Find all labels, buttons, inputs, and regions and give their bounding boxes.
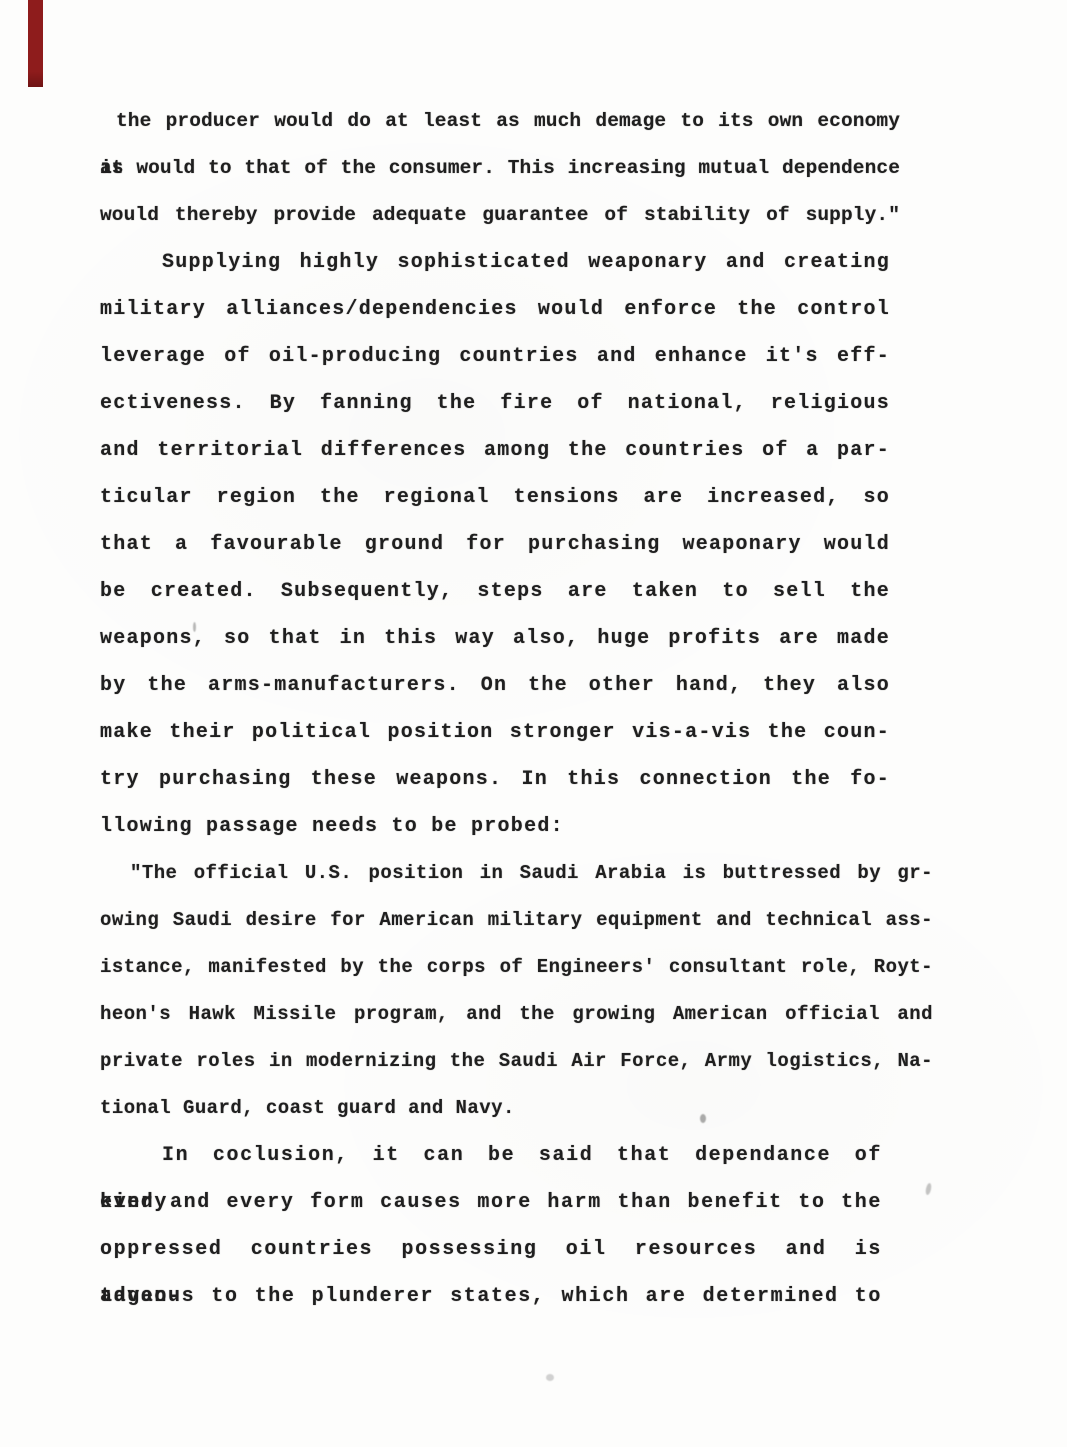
- text-line: and territorial differences among the co…: [100, 427, 890, 474]
- paragraph-conclusion: In coclusion, it can be said that depend…: [100, 1132, 960, 1320]
- scanned-document-page: the producer would do at least as much d…: [0, 0, 1067, 1447]
- text-line: would thereby provide adequate guarantee…: [100, 192, 900, 239]
- scan-speck: [700, 1114, 706, 1123]
- paragraph-continuation: the producer would do at least as much d…: [100, 98, 960, 239]
- text-line: Supplying highly sophisticated weaponary…: [100, 239, 890, 286]
- text-line: tageous to the plunderer states, which a…: [100, 1273, 882, 1320]
- paragraph-quote: "The official U.S. position in Saudi Ara…: [100, 850, 960, 1132]
- text-line: ectiveness. By fanning the fire of natio…: [100, 380, 890, 427]
- text-line: owing Saudi desire for American military…: [100, 897, 933, 944]
- text-line: make their political position stronger v…: [100, 709, 890, 756]
- text-line: private roles in modernizing the Saudi A…: [100, 1038, 933, 1085]
- text-line: oppressed countries possessing oil resou…: [100, 1226, 882, 1273]
- text-line: the producer would do at least as much d…: [100, 98, 900, 145]
- text-line: weapons, so that in this way also, huge …: [100, 615, 890, 662]
- text-line: leverage of oil-producing countries and …: [100, 333, 890, 380]
- text-line: ticular region the regional tensions are…: [100, 474, 890, 521]
- text-column: the producer would do at least as much d…: [100, 98, 960, 1320]
- paragraph-body: Supplying highly sophisticated weaponary…: [100, 239, 960, 850]
- text-line: istance, manifested by the corps of Engi…: [100, 944, 933, 991]
- text-line: it would to that of the consumer. This i…: [100, 145, 900, 192]
- scan-speck: [193, 622, 196, 632]
- red-ink-mark: [28, 0, 43, 87]
- scan-speck: [546, 1374, 554, 1381]
- text-line: be created. Subsequently, steps are take…: [100, 568, 890, 615]
- text-line: llowing passage needs to be probed:: [100, 803, 890, 850]
- text-line: by the arms-manufacturers. On the other …: [100, 662, 890, 709]
- text-line: "The official U.S. position in Saudi Ara…: [100, 850, 933, 897]
- text-line: tional Guard, coast guard and Navy.: [100, 1085, 933, 1132]
- text-line: try purchasing these weapons. In this co…: [100, 756, 890, 803]
- text-line: heon's Hawk Missile program, and the gro…: [100, 991, 933, 1038]
- text-line: In coclusion, it can be said that depend…: [100, 1132, 882, 1179]
- text-line: kind and every form causes more harm tha…: [100, 1179, 882, 1226]
- text-line: that a favourable ground for purchasing …: [100, 521, 890, 568]
- text-line: military alliances/dependencies would en…: [100, 286, 890, 333]
